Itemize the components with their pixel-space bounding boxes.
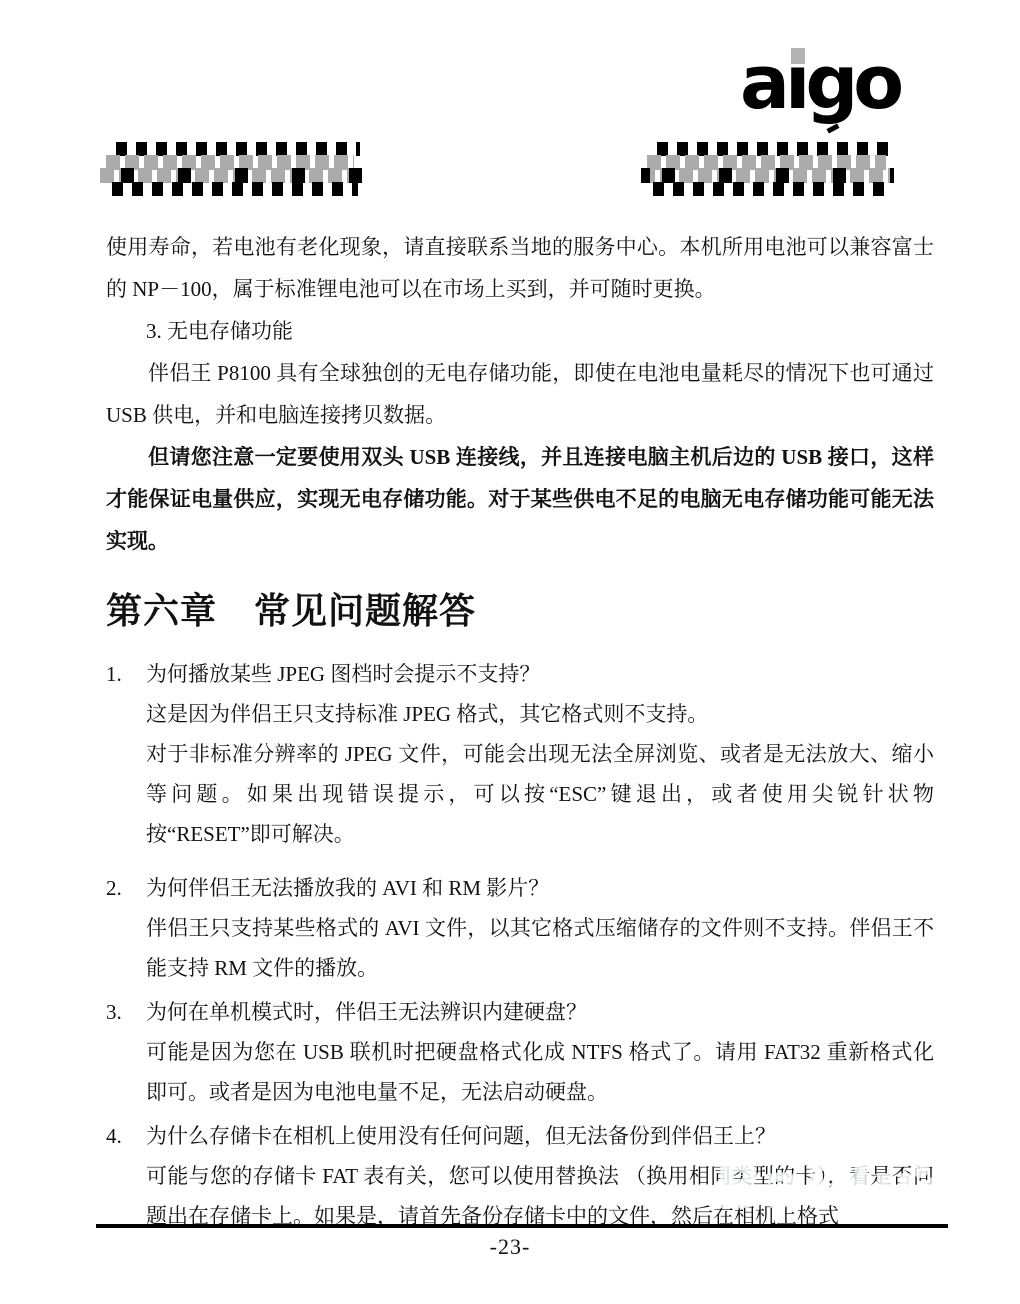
page-body: 使用寿命，若电池有老化现象，请直接联系当地的服务中心。本机所用电池可以兼容富士的… <box>106 226 934 1240</box>
paragraph-usb-warning: 但请您注意一定要使用双头 USB 连接线，并且连接电脑主机后边的 USB 接口，… <box>106 436 934 562</box>
faq-number: 1. <box>106 654 146 854</box>
watermark-brand-suffix: 经验 <box>984 1149 1020 1226</box>
faq-number: 2. <box>106 868 146 988</box>
faq-list: 1. 为何播放某些 JPEG 图档时会提示不支持？ 这是因为伴侣王只支持标准 J… <box>106 654 934 1236</box>
checkered-band-left <box>100 142 362 200</box>
checkered-band-right <box>641 142 894 200</box>
checker-row <box>100 168 362 183</box>
checker-row <box>116 142 360 156</box>
checker-row <box>657 142 892 156</box>
footer-rule <box>96 1224 948 1228</box>
faq-answer: 伴侣王只支持某些格式的 AVI 文件，以其它格式压缩储存的文件则不支持。伴侣王不… <box>146 908 934 988</box>
faq-question: 为何伴侣王无法播放我的 AVI 和 RM 影片？ <box>146 868 934 908</box>
faq-question: 为什么存储卡在相机上使用没有任何问题，但无法备份到伴侣王上？ <box>146 1116 934 1156</box>
logo-letter-a: a <box>740 40 785 126</box>
faq-item-1: 1. 为何播放某些 JPEG 图档时会提示不支持？ 这是因为伴侣王只支持标准 J… <box>106 654 934 854</box>
checker-row <box>641 168 894 183</box>
page-number: -23- <box>0 1234 1020 1260</box>
faq-number: 3. <box>106 992 146 1112</box>
subheading-no-power-storage: 3. 无电存储功能 <box>106 310 934 352</box>
logo-i-dot-gray <box>791 48 805 64</box>
chapter-heading: 第六章 常见问题解答 <box>106 588 934 634</box>
faq-number: 4. <box>106 1116 146 1236</box>
paragraph-no-power-storage: 伴侣王 P8100 具有全球独创的无电存储功能，即使在电池电量耗尽的情况下也可通… <box>106 352 934 436</box>
faq-answer: 可能是因为您在 USB 联机时把硬盘格式化成 NTFS 格式了。请用 FAT32… <box>146 1032 934 1112</box>
faq-question: 为何播放某些 JPEG 图档时会提示不支持？ <box>146 654 934 694</box>
faq-item-4: 4. 为什么存储卡在相机上使用没有任何问题，但无法备份到伴侣王上？ 可能与您的存… <box>106 1116 934 1236</box>
logo-letters-go: go <box>805 40 899 126</box>
faq-answer: 对于非标准分辨率的 JPEG 文件，可能会出现无法全屏浏览、或者是无法放大、缩小… <box>146 734 934 854</box>
faq-item-3: 3. 为何在单机模式时，伴侣王无法辨识内建硬盘？ 可能是因为您在 USB 联机时… <box>106 992 934 1112</box>
manual-page: aıgo 使用寿命，若电池有老化现象，请直接联系当地的服务中心。本机所用电池可以… <box>0 0 1020 1304</box>
faq-question: 为何在单机模式时，伴侣王无法辨识内建硬盘？ <box>146 992 934 1032</box>
paragraph-battery-life: 使用寿命，若电池有老化现象，请直接联系当地的服务中心。本机所用电池可以兼容富士的… <box>106 226 934 310</box>
faq-item-2: 2. 为何伴侣王无法播放我的 AVI 和 RM 影片？ 伴侣王只支持某些格式的 … <box>106 868 934 988</box>
aigo-logo: aıgo <box>740 38 899 138</box>
checker-row <box>653 182 890 196</box>
faq-answer: 这是因为伴侣王只支持标准 JPEG 格式，其它格式则不支持。 <box>146 694 934 734</box>
checker-row <box>112 182 358 196</box>
